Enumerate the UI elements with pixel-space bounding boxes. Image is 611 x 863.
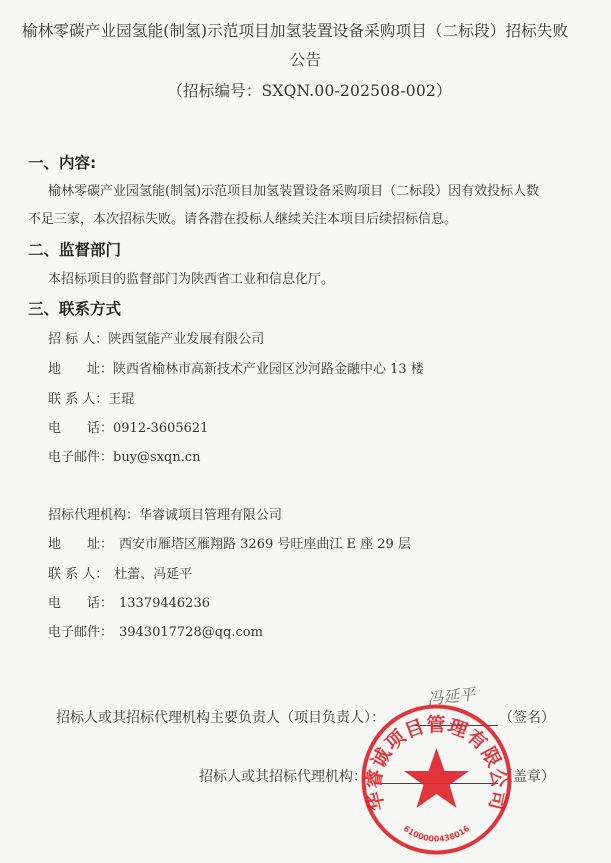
- seal-label: 招标人或其招标代理机构：: [199, 766, 367, 786]
- tenderer-phone-value: 0912-3605621: [113, 421, 208, 436]
- official-company-stamp: 华睿诚项目管理有限公司 6100000438016: [360, 703, 513, 856]
- agency-email-value[interactable]: 3943017728@qq.com: [119, 625, 263, 640]
- stamp-seal-icon: 华睿诚项目管理有限公司 6100000438016: [360, 703, 513, 856]
- tenderer-contact-value: 王琨: [108, 392, 134, 407]
- tenderer-name-label: 招 标 人：: [48, 328, 108, 347]
- section-supervision-heading: 二、监督部门: [28, 238, 121, 260]
- agency-name-row: 招标代理机构：华睿诚项目管理有限公司: [48, 504, 282, 523]
- supervision-paragraph: 本招标项目的监督部门为陕西省工业和信息化厅。: [48, 268, 334, 287]
- agency-contact-label: 联 系 人：: [48, 563, 108, 582]
- agency-email-label: 电子邮件：: [48, 621, 113, 640]
- content-paragraph-line1: 榆林零碳产业园氢能(制氢)示范项目加氢装置设备采购项目（二标段）因有效投标人数: [48, 180, 539, 199]
- agency-contact-row: 联 系 人：杜蕾、冯延平: [48, 563, 192, 582]
- section-contact-heading: 三、联系方式: [28, 297, 121, 319]
- tenderer-contact-row: 联 系 人：王琨: [48, 388, 134, 407]
- tenderer-phone-label: 电 话：: [48, 417, 113, 436]
- agency-name-value: 华睿诚项目管理有限公司: [139, 508, 282, 523]
- tenderer-email-row: 电子邮件：buy@sxqn.cn: [48, 446, 201, 465]
- section-content-heading: 一、内容:: [28, 151, 96, 173]
- agency-email-row: 电子邮件：3943017728@qq.com: [48, 621, 263, 640]
- agency-address-value: 西安市雁塔区雁翔路 3269 号旺座曲江 E 座 29 层: [119, 537, 411, 552]
- tenderer-email-label: 电子邮件：: [48, 446, 113, 465]
- agency-address-row: 地 址：西安市雁塔区雁翔路 3269 号旺座曲江 E 座 29 层: [48, 533, 411, 552]
- agency-contact-value: 杜蕾、冯延平: [114, 567, 192, 582]
- tenderer-phone-row: 电 话：0912-3605621: [48, 417, 208, 436]
- tenderer-address-row: 地 址：陕西省榆林市高新技术产业园区沙河路金融中心 13 楼: [48, 358, 424, 377]
- tenderer-name-row: 招 标 人：陕西氢能产业发展有限公司: [48, 328, 264, 347]
- agency-name-label: 招标代理机构：: [48, 504, 139, 523]
- agency-phone-row: 电 话：13379446236: [48, 592, 210, 611]
- svg-text:6100000438016: 6100000438016: [402, 824, 472, 844]
- tenderer-email-value[interactable]: buy@sxqn.cn: [113, 450, 201, 465]
- document-title-line2: 公告: [0, 48, 611, 70]
- tenderer-contact-label: 联 系 人：: [48, 388, 108, 407]
- tenderer-name-value: 陕西氢能产业发展有限公司: [108, 332, 264, 347]
- tenderer-address-label: 地 址：: [48, 358, 113, 377]
- responsible-person-label: 招标人或其招标代理机构主要负责人（项目负责人）：: [56, 707, 385, 727]
- content-paragraph-line2: 不足三家，本次招标失败。请各潜在投标人继续关注本项目后续招标信息。: [28, 208, 457, 227]
- agency-phone-label: 电 话：: [48, 592, 113, 611]
- agency-phone-value: 13379446236: [119, 596, 210, 611]
- tenderer-address-value: 陕西省榆林市高新技术产业园区沙河路金融中心 13 楼: [113, 362, 424, 377]
- tender-number: （招标编号：SXQN.00-202508-002）: [0, 79, 611, 101]
- agency-address-label: 地 址：: [48, 533, 113, 552]
- document-title-line1: 榆林零碳产业园氢能(制氢)示范项目加氢装置设备采购项目（二标段）招标失败: [22, 19, 568, 41]
